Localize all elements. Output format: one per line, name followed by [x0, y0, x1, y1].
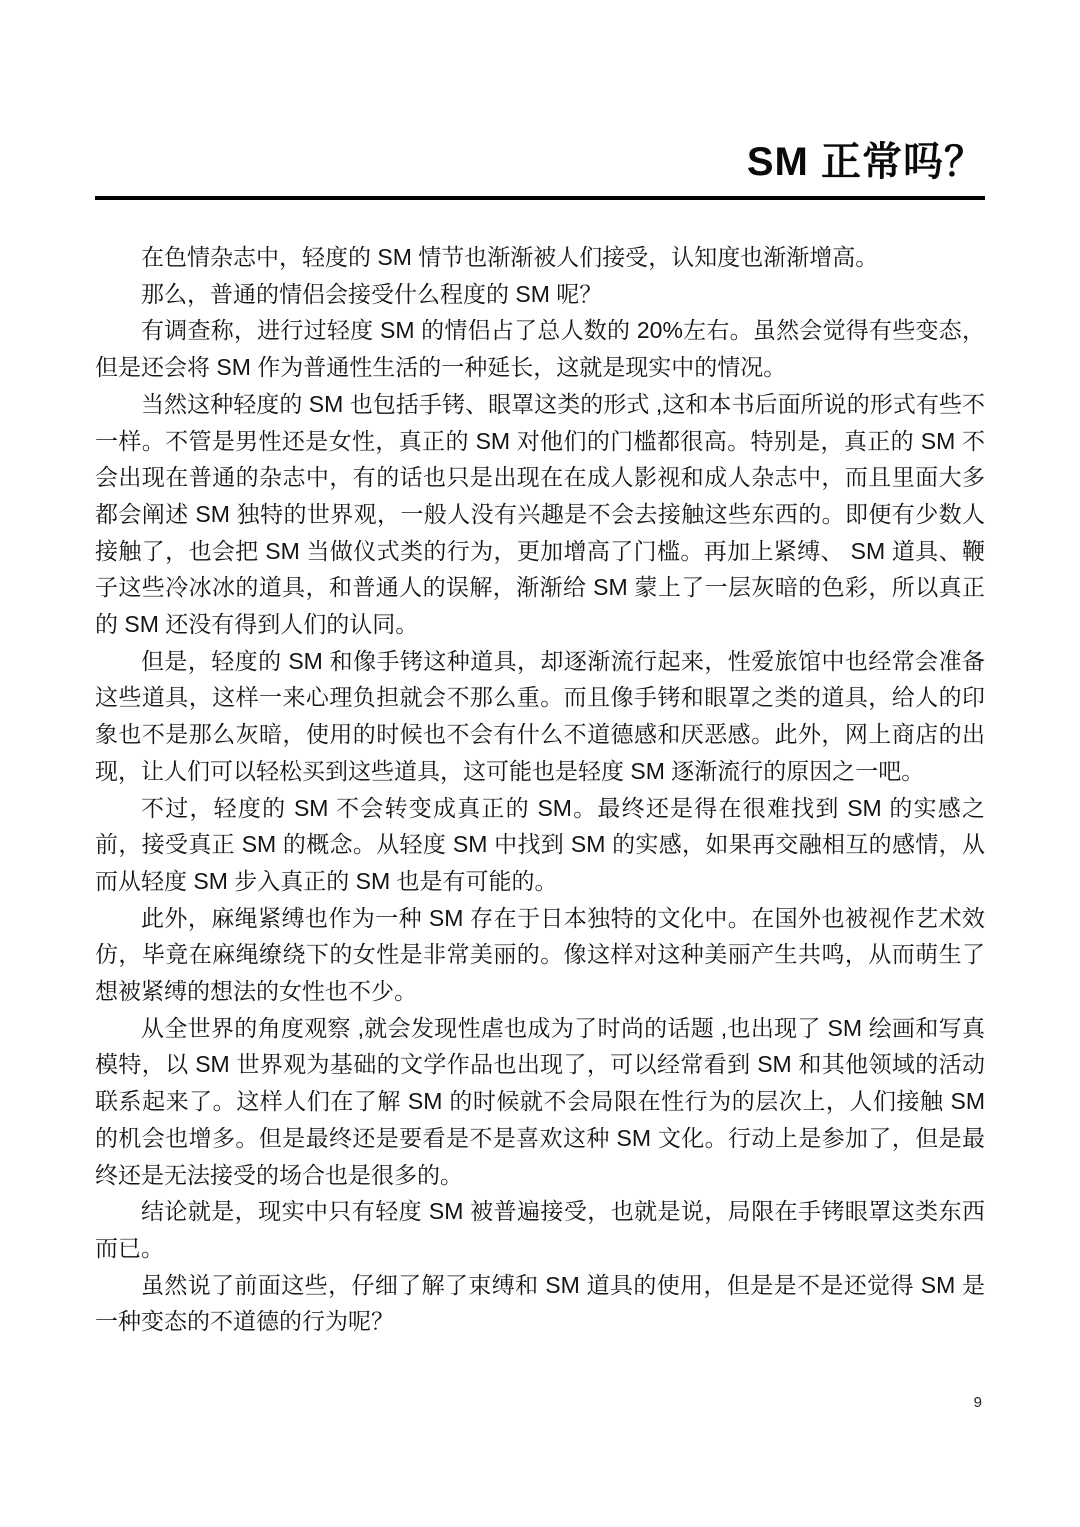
title-divider — [95, 196, 985, 200]
page-number: 9 — [974, 1394, 982, 1411]
page-title: SM 正常吗？ — [95, 141, 985, 183]
paragraph: 在色情杂志中，轻度的 SM 情节也渐渐被人们接受，认知度也渐渐增高。 — [95, 239, 985, 276]
paragraph: 从全世界的角度观察 ,就会发现性虐也成为了时尚的话题 ,也出现了 SM 绘画和写… — [95, 1010, 985, 1194]
paragraph: 有调查称，进行过轻度 SM 的情侣占了总人数的 20%左右。虽然会觉得有些变态，… — [95, 312, 985, 385]
paragraph: 但是，轻度的 SM 和像手铐这种道具，却逐渐流行起来，性爱旅馆中也经常会准备这些… — [95, 643, 985, 790]
paragraph: 虽然说了前面这些，仔细了解了束缚和 SM 道具的使用，但是是不是还觉得 SM 是… — [95, 1267, 985, 1340]
document-page: SM 正常吗？ 在色情杂志中，轻度的 SM 情节也渐渐被人们接受，认知度也渐渐增… — [0, 0, 1080, 1527]
body-text: 在色情杂志中，轻度的 SM 情节也渐渐被人们接受，认知度也渐渐增高。 那么，普通… — [95, 239, 985, 1340]
paragraph: 结论就是，现实中只有轻度 SM 被普遍接受，也就是说，局限在手铐眼罩这类东西而已… — [95, 1193, 985, 1266]
paragraph: 当然这种轻度的 SM 也包括手铐、眼罩这类的形式 ,这和本书后面所说的形式有些不… — [95, 386, 985, 643]
page-header: SM 正常吗？ — [95, 0, 985, 200]
paragraph: 那么，普通的情侣会接受什么程度的 SM 呢？ — [95, 276, 985, 313]
paragraph: 此外，麻绳紧缚也作为一种 SM 存在于日本独特的文化中。在国外也被视作艺术效仿，… — [95, 900, 985, 1010]
paragraph: 不过，轻度的 SM 不会转变成真正的 SM。最终还是得在很难找到 SM 的实感之… — [95, 790, 985, 900]
